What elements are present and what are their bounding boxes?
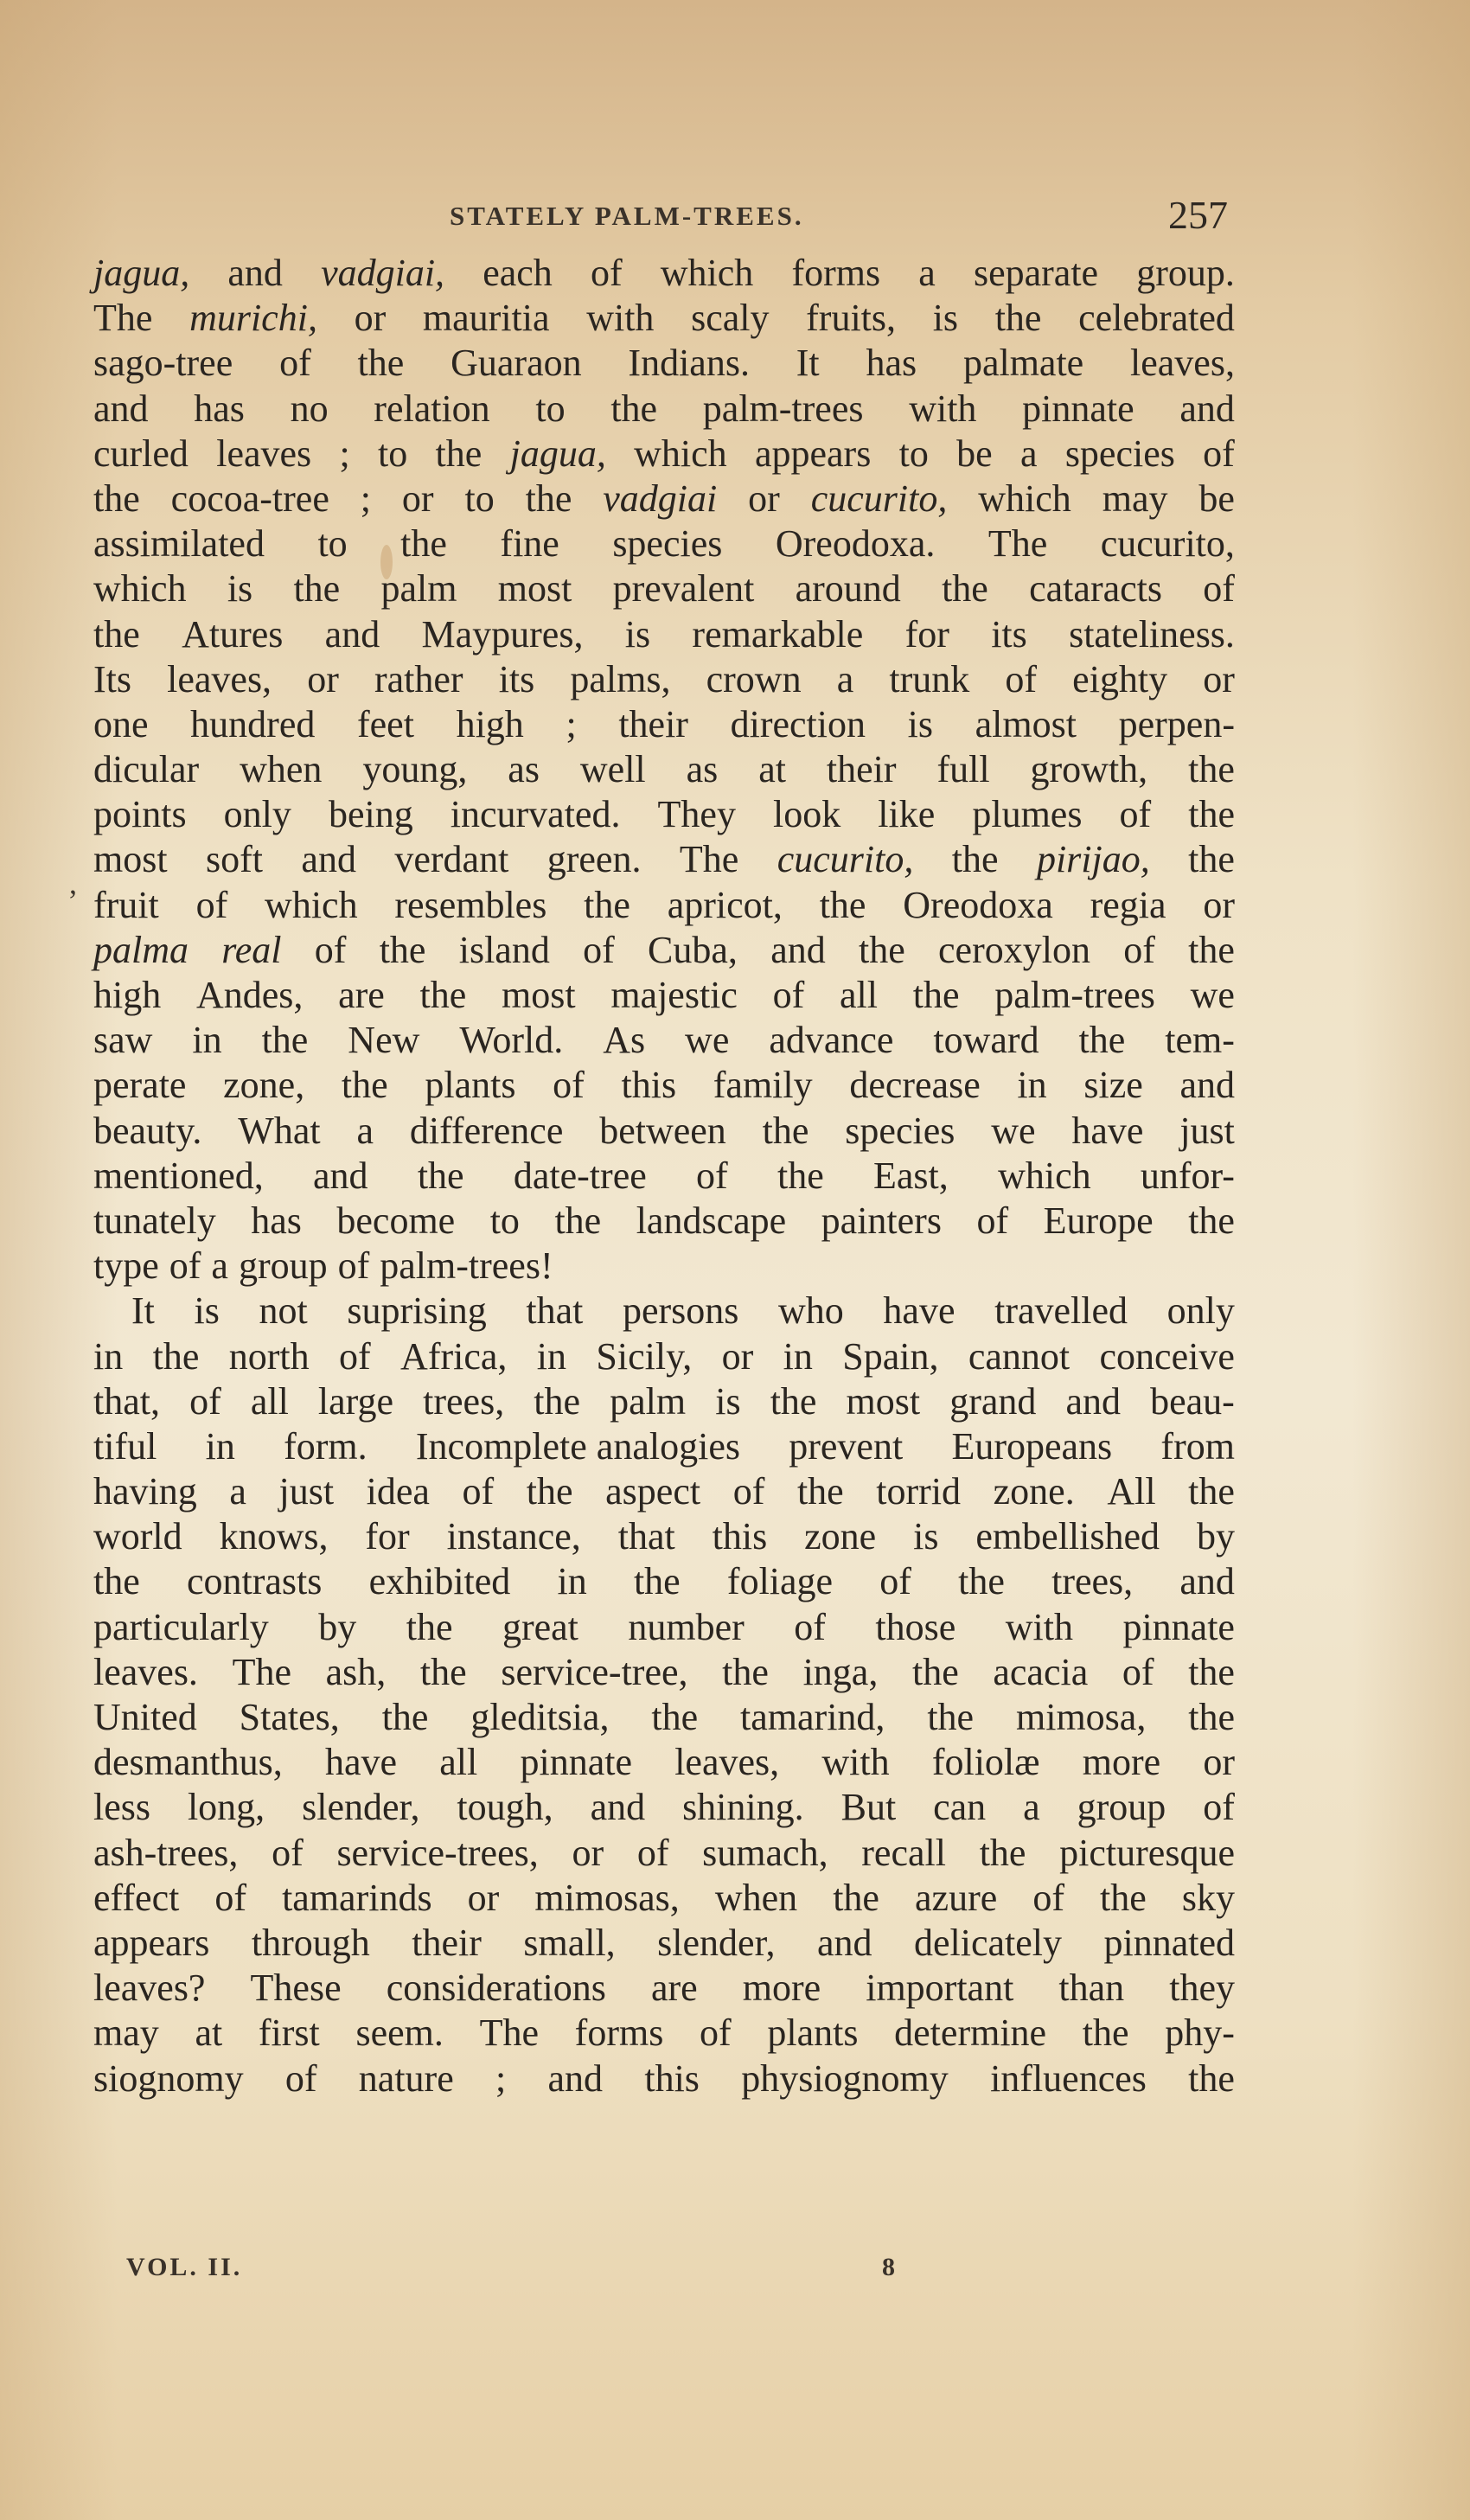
word: has [194,387,245,432]
word: great [502,1605,578,1650]
word: decrease [849,1063,980,1108]
word: a [211,1244,228,1289]
word: group [1077,1785,1166,1830]
word: perpen- [1119,702,1235,747]
word: of [338,1244,370,1289]
word: mimosas, [534,1876,679,1921]
word: trees, [423,1379,504,1424]
word: of [976,1199,1008,1244]
page-number: 257 [1168,192,1228,238]
word: of [553,1063,585,1108]
word: of [339,1334,371,1379]
word: eighty [1072,657,1167,702]
word: toward [933,1018,1039,1063]
text-line: beauty.Whatadifferencebetweenthespeciesw… [93,1109,1235,1154]
word: travelled [994,1289,1128,1334]
word: may [93,2011,159,2056]
word: which [998,1154,1091,1199]
italic-word: cucurito, [811,476,948,521]
word: is [913,1514,938,1559]
word: well [580,747,646,792]
text-line: Itisnotsuprisingthatpersonswhohavetravel… [93,1289,1235,1334]
word: the [859,928,905,973]
word: hundred [190,702,315,747]
word: of [279,341,311,386]
text-line: leaves?Theseconsiderationsaremoreimporta… [93,1966,1235,2011]
word: by [1197,1514,1235,1559]
word: ; [361,476,371,521]
word: may [1102,476,1168,521]
word: fine [500,521,559,566]
word: aspect [605,1469,700,1514]
word: majestic [610,973,738,1018]
text-line: jagua,andvadgiai,eachofwhichformsasepara… [93,251,1235,296]
word: of [463,1469,495,1514]
word: Europeans [951,1424,1112,1469]
italic-word: real [221,928,281,973]
word: The [988,521,1047,566]
word: and [770,928,826,973]
word: for [905,612,949,657]
word: which [265,883,358,928]
word: we [685,1018,729,1063]
word: that [526,1289,583,1334]
word: of [700,2011,732,2056]
text-line: ash-trees,ofservice-trees,orofsumach,rec… [93,1831,1235,1876]
word: as [687,747,719,792]
word: ; [566,702,576,747]
word: all [251,1379,289,1424]
word: green. [547,837,642,882]
word: can [933,1785,986,1830]
word: family [713,1063,813,1108]
word: we [991,1109,1035,1154]
word: shining. [682,1785,804,1830]
word: their [412,1921,482,1966]
word: tem- [1165,1018,1235,1063]
text-line: mentioned,andthedate-treeoftheEast,which… [93,1154,1235,1199]
word: the [436,432,483,476]
word: through [252,1921,370,1966]
word: mentioned, [93,1154,264,1199]
word: less [93,1785,150,1830]
word: soft [206,837,263,882]
word: which [93,566,187,611]
word: be [1198,476,1235,521]
word: of [272,1831,304,1876]
word: in [192,1018,221,1063]
word: mauritia [423,296,550,341]
word: the [1188,747,1235,792]
word: direction [731,702,866,747]
word: of [1203,1785,1235,1830]
word: the [534,1379,580,1424]
word: palm [381,566,457,611]
word: Atures [182,612,283,657]
word: for [365,1514,409,1559]
word: separate [974,251,1098,296]
word: that, [93,1379,160,1424]
text-line: onehundredfeethigh;theirdirectionisalmos… [93,702,1235,747]
word: this [644,2056,700,2101]
word: cocoa-tree [171,476,329,521]
word: to [317,521,347,566]
word: siognomy [93,2056,244,2101]
word: fruit [93,883,159,928]
word: prevent [789,1424,903,1469]
word: recall [861,1831,946,1876]
word: relation [374,387,489,432]
text-line: tifulinform.Incomplete analogiespreventE… [93,1424,1235,1469]
word: only [224,792,291,837]
word: advance [769,1018,893,1063]
word: leaves [216,432,311,476]
word: the [777,1154,824,1199]
word: acacia [993,1650,1088,1695]
word: zone. [994,1469,1075,1514]
text-line: pointsonlybeingincurvated.Theylooklikepl… [93,792,1235,837]
word: and [301,837,356,882]
word: It [796,341,820,386]
text-line: highAndes,arethemostmajesticofallthepalm… [93,973,1235,1018]
word: the [927,1695,974,1740]
word: palmate [963,341,1083,386]
word: when [715,1876,797,1921]
word: of [1122,1650,1154,1695]
word: with [909,387,976,432]
text-line: dicularwhenyoung,aswellasattheirfullgrow… [93,747,1235,792]
word: the [1188,1469,1235,1514]
text-line: mostsoftandverdantgreen.Thecucurito,thep… [93,837,1235,882]
word: with [1006,1605,1073,1650]
word: and [313,1154,368,1199]
word: the [1188,2056,1235,2101]
word: or [402,476,434,521]
word: ; [495,2056,506,2101]
word: painters [821,1199,942,1244]
word: of [1120,792,1152,837]
word: zone, [223,1063,304,1108]
word: high [457,702,524,747]
word: is [625,612,650,657]
word: slender, [657,1921,775,1966]
text-line: Themurichi,ormauritiawithscalyfruits,ist… [93,296,1235,341]
word: the [1188,792,1235,837]
word: the [1100,1876,1147,1921]
italic-word: murichi, [189,296,317,341]
word: determine [894,2011,1046,2056]
word: the [262,1018,309,1063]
word: only [1167,1289,1235,1334]
word: the [418,1154,464,1199]
word: this [622,1063,677,1108]
word: in [93,1334,123,1379]
word: stateliness. [1069,612,1235,657]
word: nature [359,2056,454,2101]
italic-word: vadgiai [603,476,717,521]
word: between [599,1109,726,1154]
text-line: whichisthepalmmostprevalentaroundthecata… [93,566,1235,611]
word: are [338,973,385,1018]
word: knows, [220,1514,329,1559]
word: beau- [1150,1379,1235,1424]
word: celebrated [1078,296,1235,341]
word: perate [93,1063,186,1108]
word: What [238,1109,320,1154]
word: the [526,476,572,521]
word: the [293,566,340,611]
word: and [1179,1063,1235,1108]
margin-mark: , [69,865,77,901]
word: leaves, [674,1740,779,1785]
word: The [93,296,152,341]
word: most [93,837,168,882]
word: the [912,1650,959,1695]
word: Oreodoxa [903,883,1053,928]
word: has [866,341,917,386]
word: These [251,1966,342,2011]
word: Maypures, [422,612,584,657]
word: appears [755,432,871,476]
word: remarkable [692,612,863,657]
word: rather [374,657,463,702]
word: of [773,973,805,1018]
word: tunately [93,1199,216,1244]
word: sumach, [702,1831,828,1876]
text-line: palmarealoftheislandofCuba,andtheceroxyl… [93,928,1235,973]
word: influences [990,2056,1147,2101]
word: than [1058,1966,1124,2011]
word: young, [362,747,467,792]
word: have [1071,1109,1143,1154]
word: contrasts [187,1559,322,1604]
word: Spain, [842,1334,938,1379]
word: form. [284,1424,367,1469]
word: New [348,1018,419,1063]
word: verdant [394,837,508,882]
word: the [400,521,447,566]
word: sky [1182,1876,1235,1921]
word: landscape [636,1199,786,1244]
word: having [93,1469,197,1514]
text-line: siognomyofnature;andthisphysiognomyinflu… [93,2056,1235,2101]
word: to [378,432,407,476]
word: pinnate [520,1740,632,1785]
word: almost [975,702,1077,747]
word: at [758,747,786,792]
word: the [651,1695,698,1740]
word: that [618,1514,675,1559]
word: and [591,1785,646,1830]
word: plants [767,2011,858,2056]
word: the [952,837,999,882]
word: the [833,1876,879,1921]
word: and [93,387,149,432]
word: or [748,476,780,521]
word: United [93,1695,197,1740]
word: the [770,1379,817,1424]
word: States, [240,1695,340,1740]
word: which [661,251,754,296]
word: Cuba, [648,928,738,973]
word: assimilated [93,521,265,566]
word: is [227,566,252,611]
word: But [841,1785,897,1830]
word: The [680,837,738,882]
text-line: inthenorthofAfrica,inSicily,orinSpain,ca… [93,1334,1235,1379]
word: be [956,432,993,476]
word: or [1203,657,1235,702]
word: are [651,1966,698,2011]
word: we [1191,973,1235,1018]
word: and [227,251,283,296]
word: difference [410,1109,564,1154]
word: grand [949,1379,1036,1424]
word: as [508,747,540,792]
word: ceroxylon [938,928,1090,973]
word: the [93,612,140,657]
text-line: peratezone,theplantsofthisfamilydecrease… [93,1063,1235,1108]
word: is [933,296,958,341]
word: of [189,1379,221,1424]
word: or [722,1334,754,1379]
text-line: havingajustideaoftheaspectofthetorridzon… [93,1469,1235,1514]
text-line: tunatelyhasbecometothelandscapepainterso… [93,1199,1235,1244]
word: to [899,432,929,476]
word: tamarinds [282,1876,432,1921]
text-line: andhasnorelationtothepalm-treeswithpinna… [93,387,1235,432]
word: world [93,1514,182,1559]
signature-mark: 8 [882,2253,895,2282]
word: its [991,612,1027,657]
word: a [837,657,854,702]
word: the [820,883,866,928]
word: of [1032,1876,1064,1921]
word: or [572,1831,604,1876]
word: particularly [93,1605,269,1650]
word: azure [915,1876,997,1921]
word: one [93,702,149,747]
word: As [603,1018,645,1063]
word: picturesque [1059,1831,1235,1876]
word: sago-tree [93,341,233,386]
word: leaves? [93,1966,205,2011]
word: suprising [347,1289,486,1334]
word: leaves, [167,657,272,702]
word: the [358,341,405,386]
word: group. [1136,251,1235,296]
word: species [1065,432,1175,476]
word: the [1083,2011,1129,2056]
word: resembles [394,883,546,928]
word: trees, [1051,1559,1133,1604]
word: Oreodoxa. [776,521,936,566]
word: of [591,251,623,296]
text-line: assimilatedtothefinespeciesOreodoxa.Thec… [93,521,1235,566]
word: and [1179,387,1235,432]
word: growth, [1031,747,1148,792]
word: feet [357,702,414,747]
word: more [1083,1740,1160,1785]
word: most [847,1379,921,1424]
word: trunk [889,657,969,702]
word: phy- [1165,2011,1235,2056]
word: scaly [691,296,769,341]
text-line: theAturesandMaypures,isremarkableforitss… [93,612,1235,657]
word: the [420,1650,467,1695]
word: the [980,1831,1026,1876]
word: the [1188,1199,1235,1244]
word: the [93,1559,140,1604]
word: Incomplete analogies [416,1424,740,1469]
word: tough, [457,1785,553,1830]
word: when [240,747,322,792]
word: the [797,1469,844,1514]
word: number [628,1605,744,1650]
word: forms [575,2011,664,2056]
text-line: lesslong,slender,tough,andshining.Butcan… [93,1785,1235,1830]
word: of [583,928,615,973]
word: a [229,1469,246,1514]
word: pinnate [1022,387,1134,432]
word: or [1203,883,1235,928]
word: points [93,792,187,837]
word: of [879,1559,911,1604]
word: embellished [975,1514,1160,1559]
word: prevalent [613,566,755,611]
word: the [1188,1695,1235,1740]
word: most [502,973,576,1018]
word: around [796,566,901,611]
word: the [995,296,1042,341]
text-line: Itsleaves,orratheritspalms,crownatrunkof… [93,657,1235,702]
word: palm [610,1379,686,1424]
italic-word: pirijao, [1037,837,1150,882]
word: conceive [1100,1334,1235,1379]
word: regia [1090,883,1166,928]
word: cataracts [1029,566,1162,611]
body-text: jagua,andvadgiai,eachofwhichformsasepara… [93,251,1235,2101]
word: Africa, [400,1334,507,1379]
italic-word: jagua, [93,251,189,296]
word: gleditsia, [470,1695,609,1740]
word: a [918,251,936,296]
word: East, [873,1154,949,1199]
text-line: worldknows,forinstance,thatthiszoneisemb… [93,1514,1235,1559]
word: large [318,1379,393,1424]
text-line: UnitedStates,thegleditsia,thetamarind,th… [93,1695,1235,1740]
word: to [535,387,565,432]
word: in [206,1424,235,1469]
word: with [586,296,654,341]
word: most [498,566,572,611]
word: Andes, [196,973,303,1018]
word: of [169,1244,201,1289]
word: the [610,387,657,432]
word: island [459,928,550,973]
word: zone [804,1514,876,1559]
word: the [584,883,630,928]
word: Europe [1044,1199,1154,1244]
word: palms, [570,657,670,702]
word: of [733,1469,765,1514]
text-line: effectoftamarindsormimosas,whentheazureo… [93,1876,1235,1921]
word: Indians. [628,341,750,386]
word: is [195,1289,220,1334]
word: incurvated. [451,792,621,837]
volume-label: VOL. II. [126,2253,242,2282]
word: of [696,1154,728,1199]
